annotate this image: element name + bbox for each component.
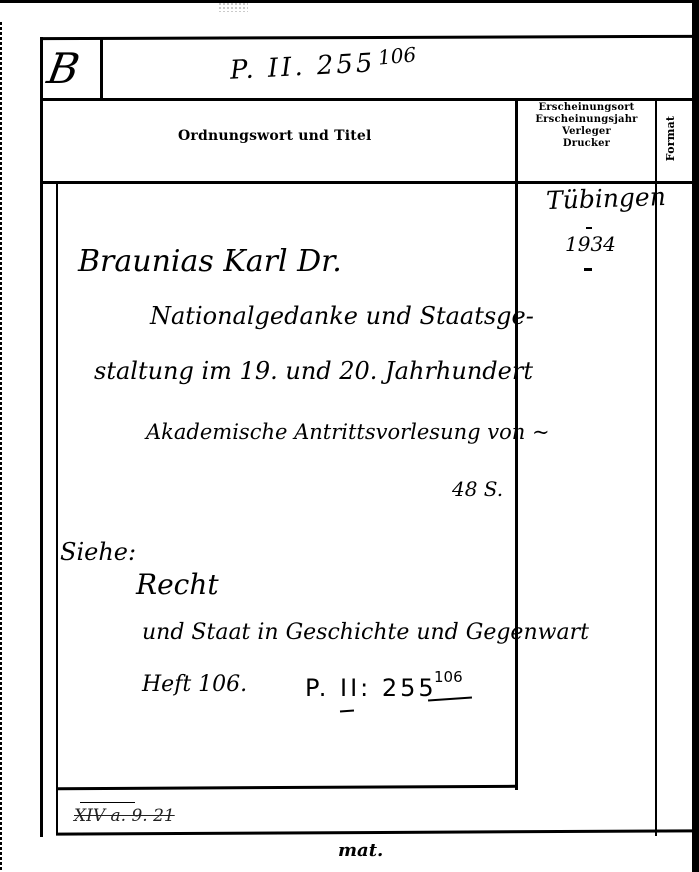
card-bottom-border bbox=[56, 829, 692, 835]
year-of-publication: 1934 bbox=[565, 232, 616, 256]
label-verleger: Verleger bbox=[518, 126, 655, 138]
year-dash-top bbox=[586, 227, 592, 229]
author-name: Braunias Karl Dr. bbox=[78, 244, 342, 279]
see-call-number-superscript: 106 bbox=[434, 668, 463, 686]
title-line-2: staltung im 19. und 20. Jahrhundert bbox=[94, 357, 533, 385]
call-number-superscript: 106 bbox=[377, 42, 417, 69]
card-left-border bbox=[40, 37, 43, 837]
format-column-label: Format bbox=[664, 116, 677, 161]
see-call-number: P. II: 255 bbox=[305, 674, 437, 702]
label-erscheinungsjahr: Erscheinungsjahr bbox=[518, 114, 655, 126]
see-call-number-roman-underline bbox=[340, 710, 354, 713]
card-top-border bbox=[40, 35, 692, 40]
footer-strip-top bbox=[58, 785, 516, 790]
see-series-line-1: Recht bbox=[136, 568, 219, 601]
see-also-label: Siehe: bbox=[60, 538, 136, 566]
subtitle: Akademische Antrittsvorlesung von ~ bbox=[146, 420, 550, 444]
title-place-column-divider bbox=[515, 98, 518, 790]
struck-note-overline bbox=[80, 802, 135, 803]
scan-left-edge bbox=[0, 22, 2, 872]
inner-left-rule bbox=[56, 183, 58, 788]
place-of-publication: Tübingen bbox=[546, 182, 667, 215]
footer-strip-left bbox=[56, 786, 58, 834]
struck-shelf-note: XIV a. 9. 21 bbox=[74, 806, 175, 826]
page-count: 48 S. bbox=[452, 477, 503, 501]
scan-smudge bbox=[218, 2, 248, 12]
bottom-note: mat. bbox=[338, 840, 383, 861]
scan-top-edge bbox=[0, 0, 699, 3]
title-column-label: Ordnungswort und Titel bbox=[178, 128, 372, 144]
header-divider bbox=[40, 98, 692, 101]
section-letter: B bbox=[44, 44, 84, 94]
year-dash-bottom bbox=[584, 268, 592, 271]
see-series-issue: Heft 106. bbox=[142, 672, 247, 697]
label-drucker: Drucker bbox=[518, 138, 655, 150]
label-erscheinungsort: Erscheinungsort bbox=[518, 102, 655, 114]
title-line-1: Nationalgedanke und Staatsge- bbox=[150, 302, 534, 330]
see-series-line-2: und Staat in Geschichte und Gegenwart bbox=[142, 620, 589, 645]
call-number: P. II. 255 bbox=[229, 48, 376, 86]
letter-box-divider bbox=[100, 37, 103, 100]
scan-right-edge bbox=[692, 0, 699, 872]
place-column-labels: Erscheinungsort Erscheinungsjahr Verlege… bbox=[518, 102, 655, 150]
